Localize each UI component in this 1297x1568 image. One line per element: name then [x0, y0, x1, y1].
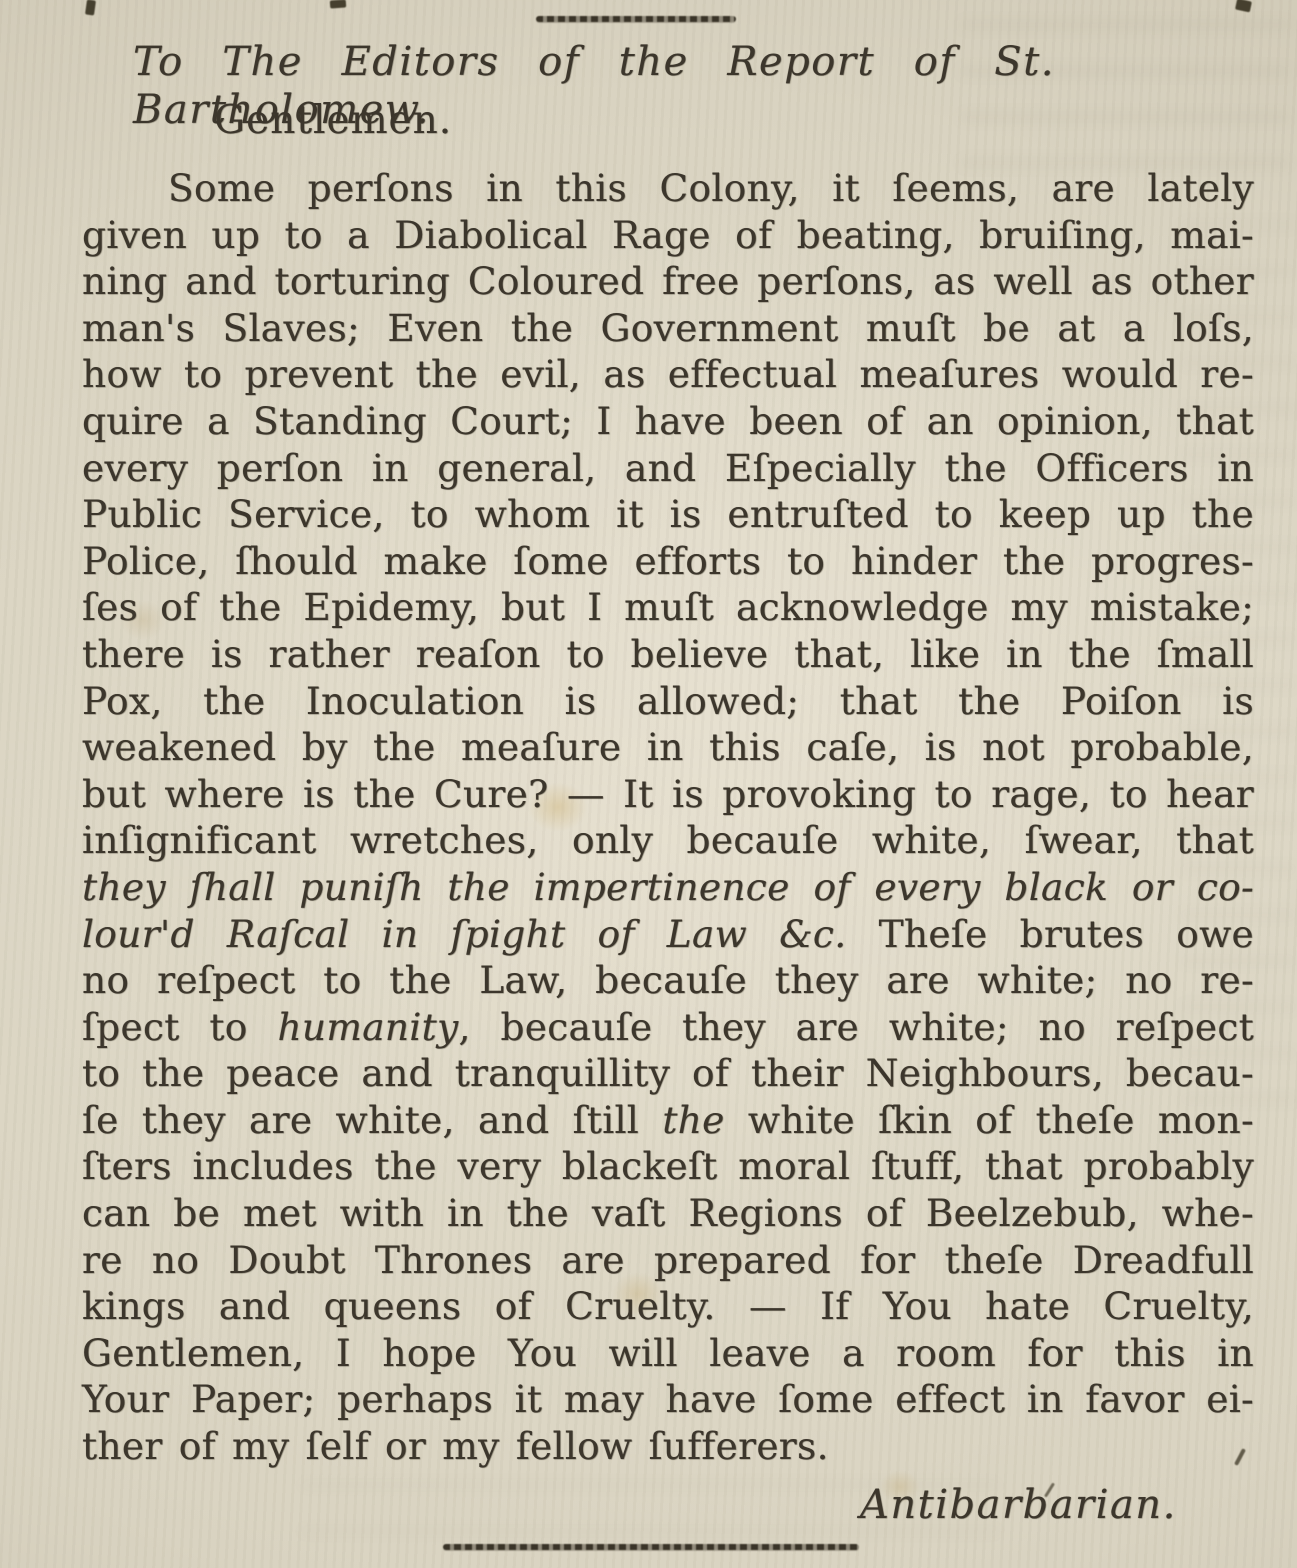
body-line: given up to a Diabolical Rage of beating…: [82, 212, 1254, 259]
text-run: Public Service, to whom it is entruſted …: [82, 492, 1254, 536]
body-line: but where is the Cure? — It is provoking…: [82, 771, 1254, 818]
body-line: weakened by the meaſure in this caſe, is…: [82, 724, 1254, 771]
body-line: there is rather reaſon to believe that, …: [82, 631, 1254, 678]
text-run: but where is the Cure? — It is provoking…: [82, 772, 1254, 816]
scanned-letter-page: To The Editors of the Report of St. Bart…: [0, 0, 1297, 1568]
body-line: no reſpect to the Law, becauſe they are …: [82, 957, 1254, 1004]
text-run: to the peace and tranquillity of their N…: [82, 1051, 1254, 1095]
bottom-divider-rule: [443, 1544, 859, 1550]
body-line: Some perſons in this Colony, it ſeems, a…: [82, 165, 1254, 212]
text-run: ſters includes the very blackeſt moral ſ…: [82, 1144, 1254, 1188]
body-line: ſters includes the very blackeſt moral ſ…: [82, 1143, 1254, 1190]
ink-smudge: [85, 0, 96, 16]
body-line: Your Paper; perhaps it may have ſome eff…: [82, 1376, 1254, 1423]
text-run: Gentlemen, I hope You will leave a room …: [82, 1331, 1254, 1375]
body-line: kings and queens of Cruelty. — If You ha…: [82, 1283, 1254, 1330]
top-divider-rule: [536, 16, 736, 22]
text-run: Theſe brutes owe: [846, 912, 1254, 956]
italic-text-run: humanity: [277, 1005, 458, 1049]
text-run: Police, ſhould make ſome efforts to hind…: [82, 539, 1254, 583]
text-run: kings and queens of Cruelty. — If You ha…: [82, 1284, 1254, 1328]
text-run: , becauſe they are white; no reſpect: [458, 1005, 1254, 1049]
text-run: white ſkin of theſe mon-: [725, 1098, 1254, 1142]
text-run: can be met with in the vaſt Regions of B…: [82, 1191, 1254, 1235]
body-line: inſignificant wretches, only becauſe whi…: [82, 817, 1254, 864]
body-line: ſe they are white, and ſtill the white ſ…: [82, 1097, 1254, 1144]
text-run: given up to a Diabolical Rage of beating…: [82, 213, 1254, 257]
text-run: how to prevent the evil, as effectual me…: [82, 352, 1254, 396]
text-run: Pox, the Inoculation is allowed; that th…: [82, 679, 1254, 723]
body-line: Pox, the Inoculation is allowed; that th…: [82, 678, 1254, 725]
text-run: ſes of the Epidemy, but I muſt acknowled…: [82, 585, 1254, 629]
text-run: ning and torturing Coloured free perſons…: [82, 259, 1254, 303]
text-run: inſignificant wretches, only becauſe whi…: [82, 818, 1254, 862]
body-line: ning and torturing Coloured free perſons…: [82, 258, 1254, 305]
body-line: to the peace and tranquillity of their N…: [82, 1050, 1254, 1097]
text-run: re no Doubt Thrones are prepared for the…: [82, 1238, 1254, 1282]
body-line: man's Slaves; Even the Government muſt b…: [82, 305, 1254, 352]
letter-body: Some perſons in this Colony, it ſeems, a…: [82, 165, 1254, 1470]
text-run: there is rather reaſon to believe that, …: [82, 632, 1254, 676]
text-run: Your Paper; perhaps it may have ſome eff…: [82, 1377, 1254, 1421]
body-line: ſpect to humanity, becauſe they are whit…: [82, 1004, 1254, 1051]
body-line: ther of my ſelf or my fellow ſufferers.: [82, 1423, 1254, 1470]
letter-signature: Antibarbarian.: [860, 1482, 1160, 1528]
italic-text-run: they ſhall puniſh the impertinence of ev…: [82, 865, 1254, 909]
ink-smudge: [1235, 0, 1252, 12]
text-run: weakened by the meaſure in this caſe, is…: [82, 725, 1254, 769]
text-run: Some perſons in this Colony, it ſeems, a…: [168, 166, 1254, 210]
italic-text-run: the: [662, 1098, 724, 1142]
body-line: Police, ſhould make ſome efforts to hind…: [82, 538, 1254, 585]
ink-smudge: [330, 0, 347, 9]
text-run: ſe they are white, and ſtill: [82, 1098, 662, 1142]
body-line: ſes of the Epidemy, but I muſt acknowled…: [82, 584, 1254, 631]
italic-text-run: lour'd Raſcal in ſpight of Law &c.: [82, 912, 846, 956]
text-run: every perſon in general, and Eſpecially …: [82, 446, 1254, 490]
letter-salutation: Gentlemen.: [214, 98, 452, 143]
body-line: lour'd Raſcal in ſpight of Law &c. Theſe…: [82, 911, 1254, 958]
text-run: ſpect to: [82, 1005, 277, 1049]
text-run: ther of my ſelf or my fellow ſufferers.: [82, 1424, 829, 1468]
text-run: no reſpect to the Law, becauſe they are …: [82, 958, 1254, 1002]
text-run: quire a Standing Court; I have been of a…: [82, 399, 1254, 443]
body-line: Public Service, to whom it is entruſted …: [82, 491, 1254, 538]
body-line: Gentlemen, I hope You will leave a room …: [82, 1330, 1254, 1377]
body-line: can be met with in the vaſt Regions of B…: [82, 1190, 1254, 1237]
body-line: re no Doubt Thrones are prepared for the…: [82, 1237, 1254, 1284]
body-line: they ſhall puniſh the impertinence of ev…: [82, 864, 1254, 911]
body-line: quire a Standing Court; I have been of a…: [82, 398, 1254, 445]
body-line: how to prevent the evil, as effectual me…: [82, 351, 1254, 398]
text-run: man's Slaves; Even the Government muſt b…: [82, 306, 1254, 350]
body-line: every perſon in general, and Eſpecially …: [82, 445, 1254, 492]
